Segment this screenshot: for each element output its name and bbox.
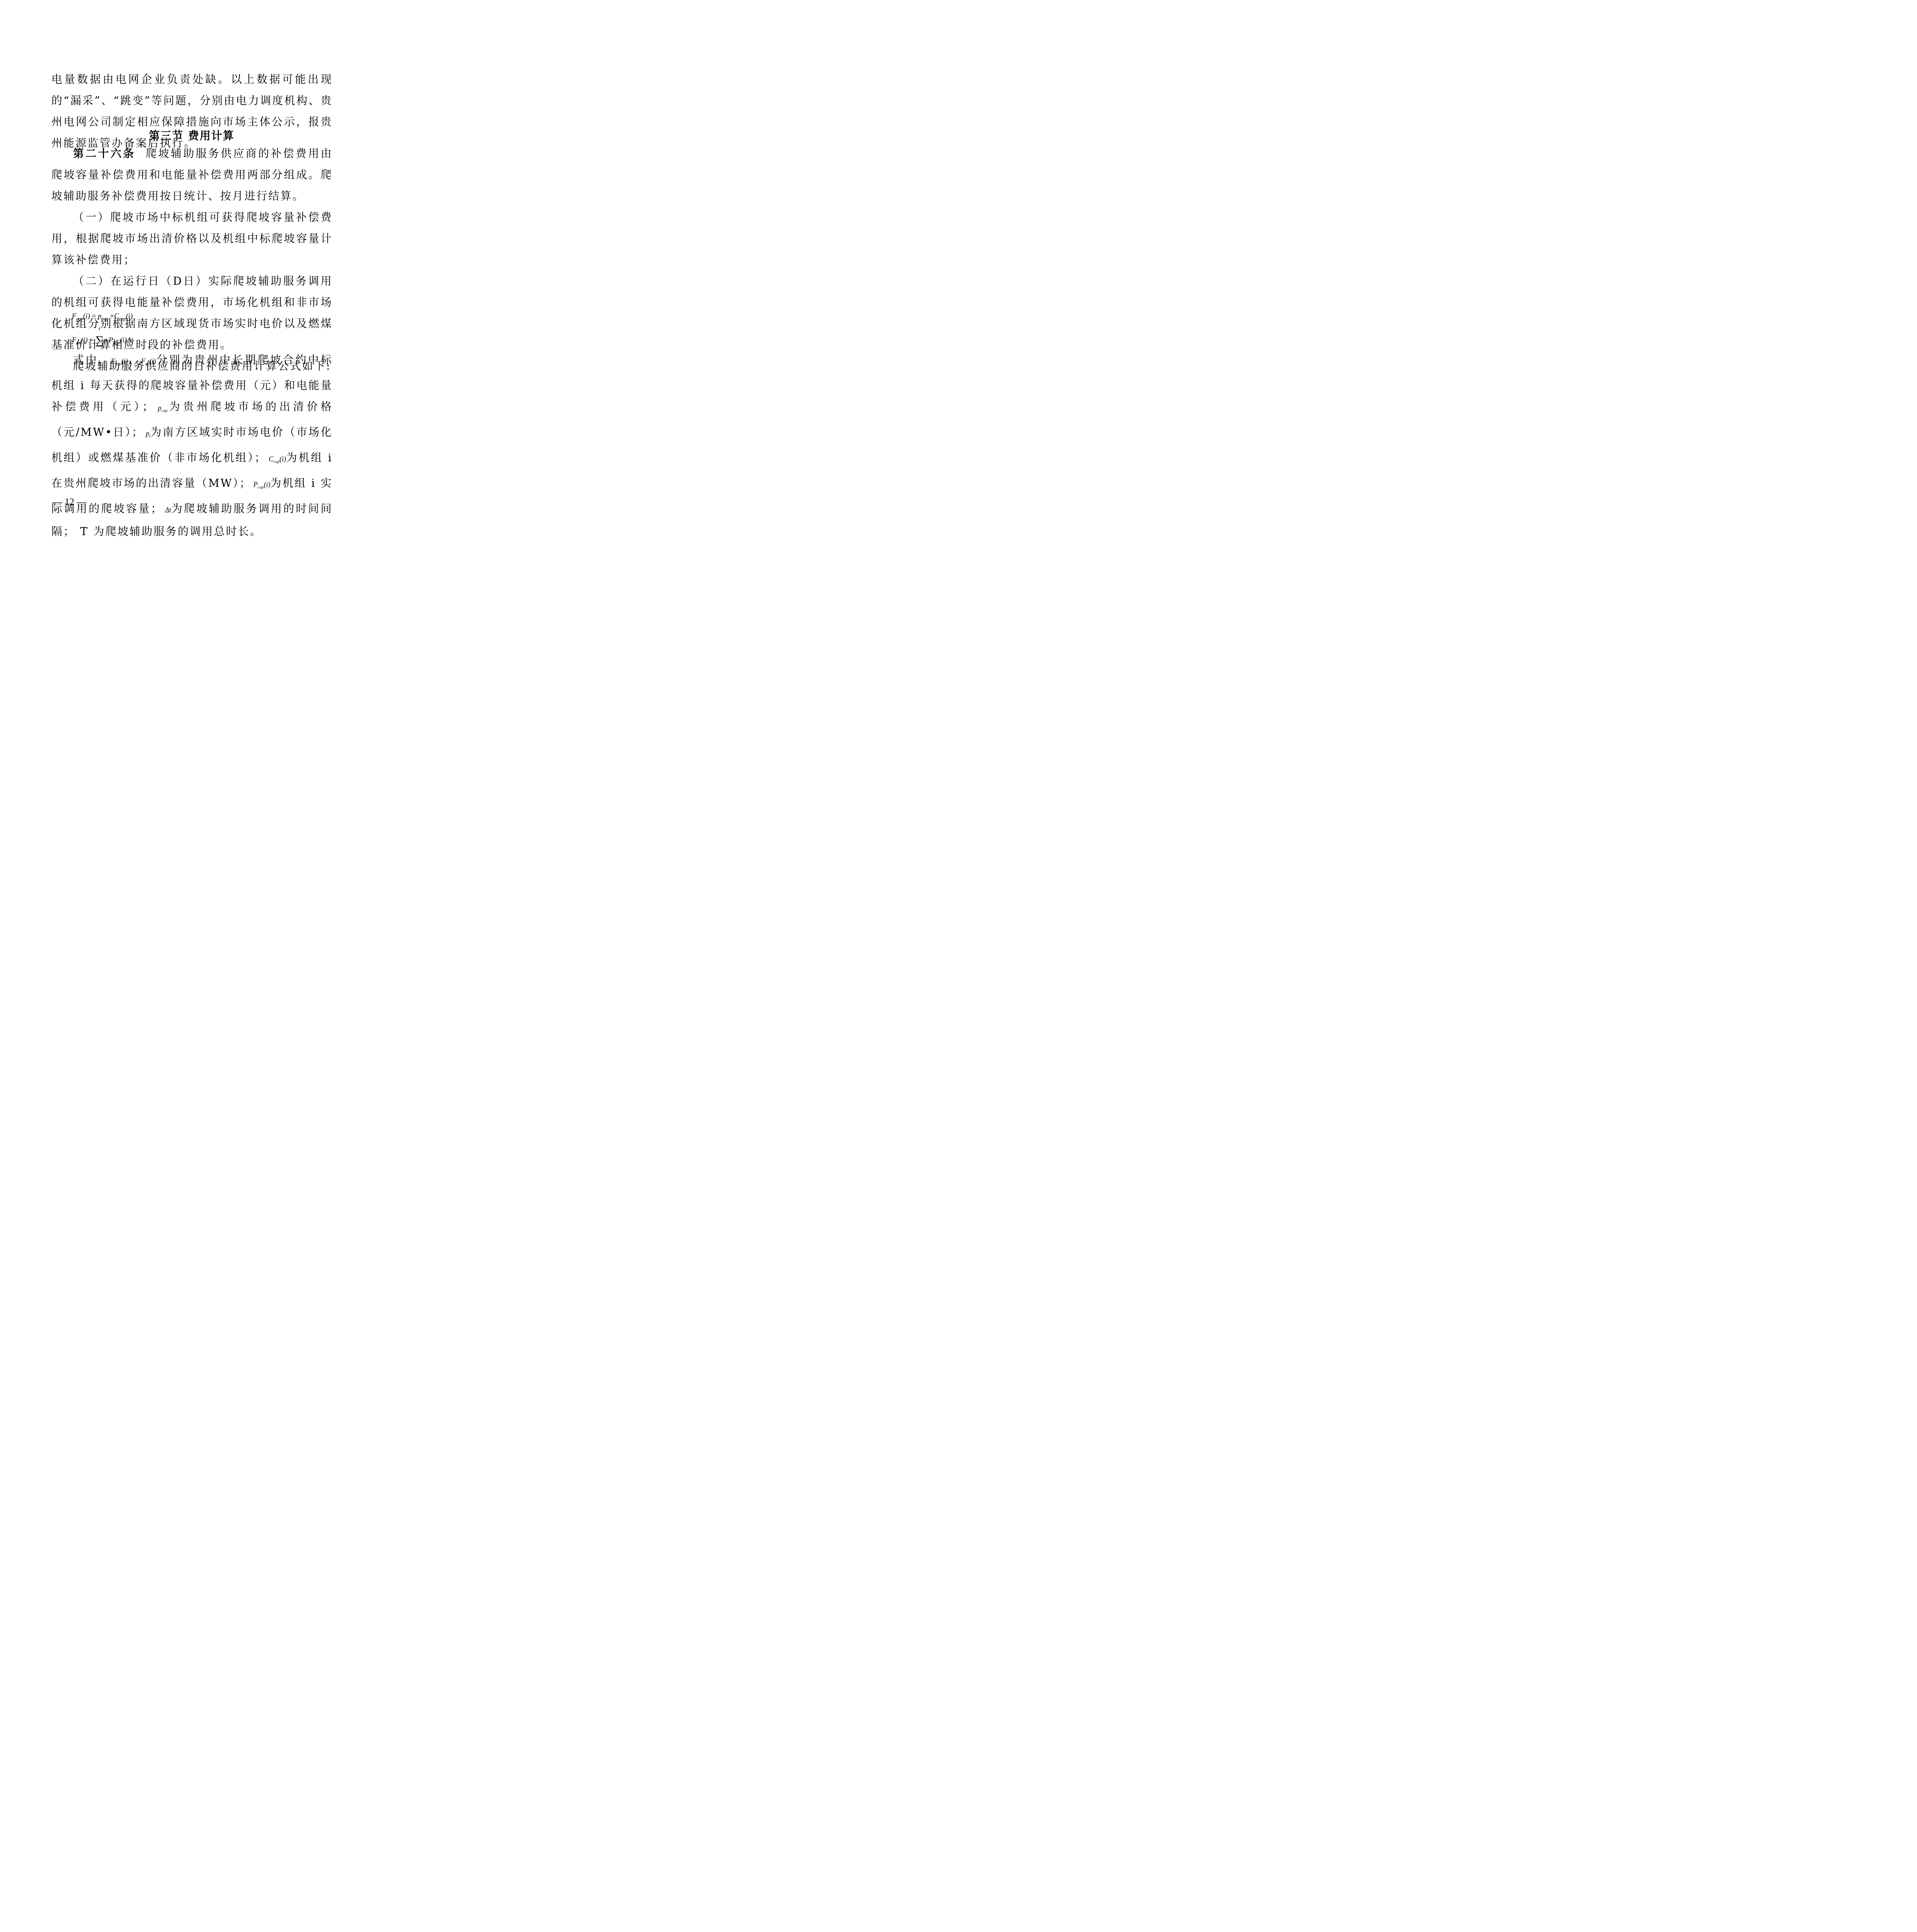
document-page: 电量数据由电网企业负责处缺。以上数据可能出现的“漏采”、“跳变”等问题，分别由电… (0, 0, 383, 542)
article-label: 第二十六条 (73, 147, 136, 160)
item-1: （一）爬坡市场中标机组可获得爬坡容量补偿费用，根据爬坡市场出清价格以及机组中标爬… (51, 207, 333, 270)
sigma-symbol: ∑ (95, 334, 104, 347)
var-pt: pt (144, 430, 150, 437)
var-fen: Fen(i) (141, 357, 156, 365)
var-fcap: Fcap(i) (111, 357, 128, 365)
body-text-explanation: 式中，Fcap(i)、Fen(i)分别为贵州中长期爬坡合约中标机组 i 每天获得… (51, 349, 333, 542)
var-ccap: Ccap(i) (267, 455, 286, 463)
formula-energy: Fen(i) = T∑ptPcap(i)Δt (72, 332, 133, 346)
variable-explanation: 式中，Fcap(i)、Fen(i)分别为贵州中长期爬坡合约中标机组 i 每天获得… (51, 349, 333, 542)
article-26: 第二十六条 爬坡辅助服务供应商的补偿费用由爬坡容量补偿费用和电能量补偿费用两部分… (51, 143, 333, 207)
formula-capacity: Fcap(i) = pcap ×Ccap(i) (72, 312, 133, 322)
section-heading: 第三节 费用计算 (0, 128, 383, 143)
summation: T∑ (95, 332, 104, 345)
var-delta-t: Δt (163, 506, 171, 514)
var-pcap: pcap (155, 404, 168, 412)
page-number: — 12 — (53, 497, 87, 508)
var-Pcap: Pcap(i) (252, 481, 270, 488)
